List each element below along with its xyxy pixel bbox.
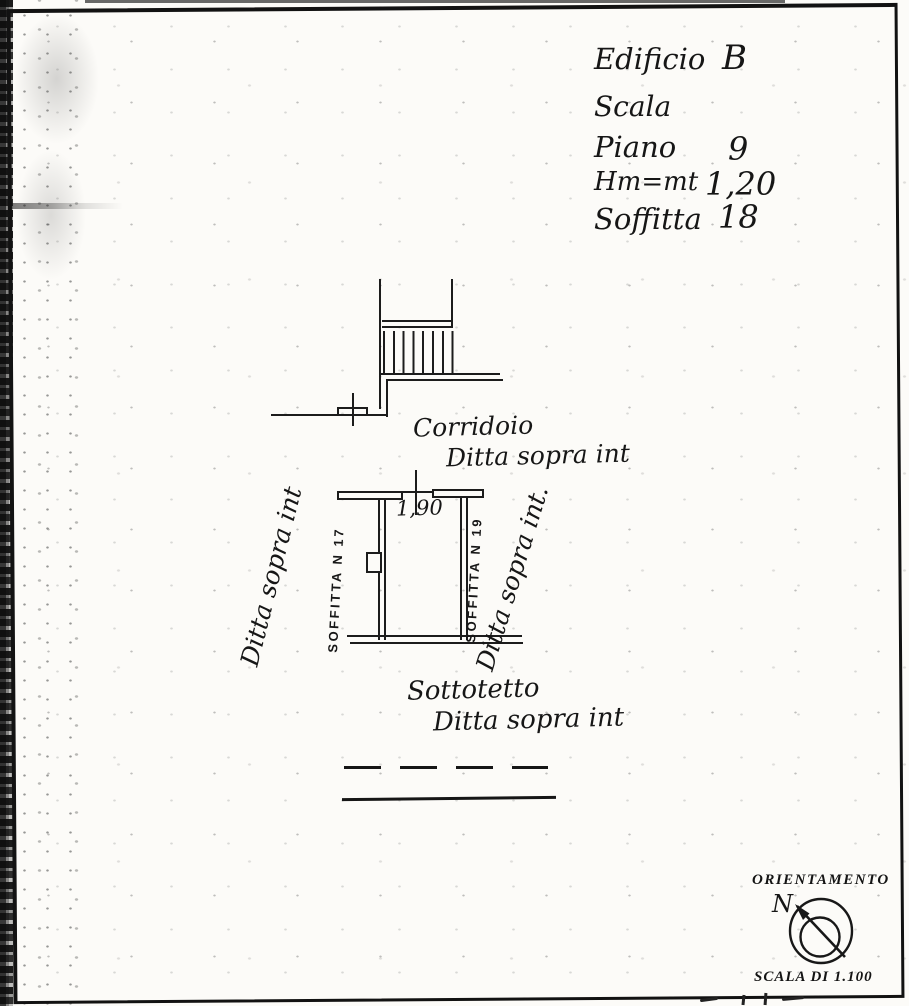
room-door-opening-line	[401, 491, 434, 493]
stair-treads	[383, 331, 454, 373]
corridor-label: Corridoio	[413, 410, 534, 442]
door-threshold-tick	[337, 407, 339, 416]
compass-rose: N	[762, 884, 882, 976]
corridor-bottom-wall	[271, 414, 388, 416]
stair-landing-line	[382, 326, 453, 328]
header-row: Hm=mt	[594, 167, 698, 197]
scanned-floor-plan-page: Edificio Scala Piano Hm=mt Soffitta B 9 …	[0, 0, 909, 1006]
stair-shaft-left-wall	[379, 279, 381, 409]
cutoff-handwriting-stroke	[764, 993, 768, 1005]
door-threshold-tick	[366, 407, 368, 416]
door-axis-mark	[352, 393, 354, 426]
corridor-step-wall	[386, 379, 388, 417]
corridor-top-wall	[387, 379, 503, 381]
room-height-value: 1,90	[396, 495, 443, 520]
sottotetto-sublabel: Ditta sopra int	[433, 703, 625, 738]
header-value-edificio: B	[722, 38, 747, 78]
header-label: Piano	[594, 130, 676, 164]
stair-landing-line	[382, 320, 453, 322]
header-label: Hm=mt	[594, 167, 698, 197]
corridor-sublabel: Ditta sopra int	[446, 439, 631, 473]
scan-top-edge-streak	[85, 0, 785, 3]
header-row: Piano	[594, 130, 676, 164]
room-top-wall-left	[337, 491, 403, 500]
header-row: Scala	[594, 90, 671, 123]
sottotetto-label: Sottotetto	[407, 673, 540, 706]
header-label: Soffitta	[594, 202, 702, 236]
cutoff-handwriting-stroke	[782, 996, 804, 1001]
wall-pillar	[366, 552, 382, 573]
header-label: Edificio	[594, 42, 705, 76]
dashed-boundary-line	[344, 766, 548, 769]
cutoff-handwriting-stroke	[741, 995, 745, 1005]
scale-label: SCALA DI 1.100	[754, 969, 904, 986]
room-left-wall	[384, 498, 386, 640]
header-value-piano: 9	[728, 130, 748, 168]
header-label: Scala	[594, 90, 671, 123]
stair-bottom-line	[381, 373, 500, 375]
header-row: Soffitta	[594, 202, 702, 236]
page-border-frame	[7, 3, 905, 1004]
header-row: Edificio	[594, 42, 705, 76]
room-right-wall	[460, 496, 462, 640]
north-letter: N	[771, 890, 794, 918]
header-value-soffitta: 18	[718, 198, 759, 236]
